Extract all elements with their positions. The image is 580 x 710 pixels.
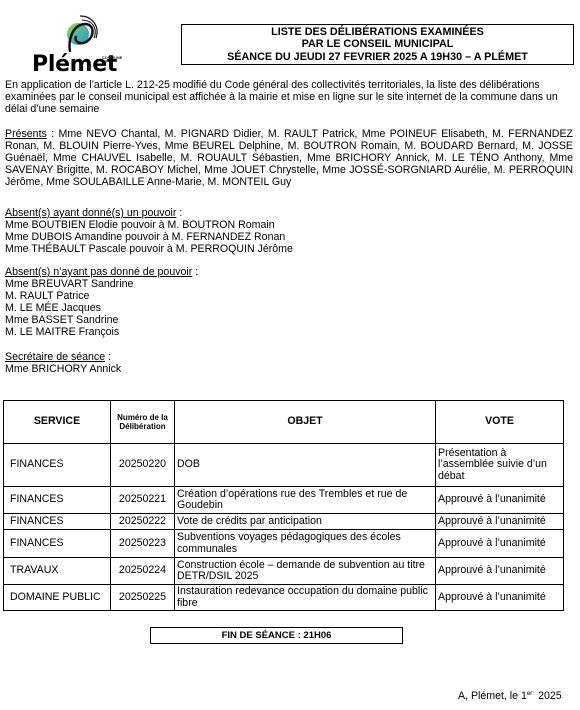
- cell-numero: 20250220: [111, 444, 175, 487]
- list-item: Mme DUBOIS Amandine pouvoir à M. FERNAND…: [5, 231, 573, 243]
- list-item: M. RAULT Patrice: [5, 290, 573, 302]
- cell-numero: 20250224: [111, 558, 175, 585]
- title-line-1: LISTE DES DÉLIBÉRATIONS EXAMINÉES: [182, 26, 573, 38]
- cell-service: FINANCES: [4, 530, 111, 558]
- list-item: M. LE MÉE Jacques: [5, 302, 573, 314]
- table-row: FINANCES20250220DOBPrésentation à l’asse…: [4, 444, 564, 487]
- cell-service: FINANCES: [4, 444, 111, 487]
- header-service: SERVICE: [4, 401, 111, 444]
- cell-numero: 20250223: [111, 530, 175, 558]
- table-row: TRAVAUX20250224Construction école – dema…: [4, 558, 564, 585]
- title-line-3: SÉANCE DU JEUDI 27 FEVRIER 2025 A 19H30 …: [182, 51, 573, 63]
- commune-logo: COMMUNE DE Plémet: [30, 12, 120, 72]
- absents-sans-pouvoir-label: Absent(s) n’ayant pas donné de pouvoir: [5, 266, 192, 278]
- list-item: Mme BREUVART Sandrine: [5, 278, 573, 290]
- table-row: FINANCES20250223Subventions voyages péda…: [4, 530, 564, 558]
- presents-section: Présents : Mme NEVO Chantal, M. PIGNARD …: [5, 128, 573, 188]
- cell-service: TRAVAUX: [4, 558, 111, 585]
- cell-service: FINANCES: [4, 514, 111, 530]
- cell-vote: Approuvé à l’unanimité: [436, 514, 564, 530]
- secretaire-name: Mme BRICHORY Annick: [5, 363, 573, 375]
- secretaire-label: Secrétaire de séance: [5, 351, 105, 363]
- plemet-emblem-icon: [60, 12, 100, 54]
- cell-vote: Approuvé à l’unanimité: [436, 585, 564, 611]
- table-header-row: SERVICE Numéro de la Délibération OBJET …: [4, 401, 564, 444]
- list-item: M. LE MAITRE François: [5, 326, 573, 338]
- absents-pouvoir-label: Absent(s) ayant donné(s) un pouvoir: [5, 207, 176, 219]
- secretaire-section: Secrétaire de séance : Mme BRICHORY Anni…: [5, 351, 573, 375]
- fin-seance: FIN DE SÉANCE : 21H06: [150, 627, 403, 644]
- absents-pouvoir-section: Absent(s) ayant donné(s) un pouvoir : Mm…: [5, 207, 573, 255]
- table-row: FINANCES20250221Création d’opérations ru…: [4, 487, 564, 514]
- list-item: Mme BASSET Sandrine: [5, 314, 573, 326]
- presents-list: : Mme NEVO Chantal, M. PIGNARD Didier, M…: [5, 128, 573, 188]
- table-row: DOMAINE PUBLIC20250225Instauration redev…: [4, 585, 564, 611]
- cell-objet: Vote de crédits par anticipation: [175, 514, 436, 530]
- logo-town-name: Plémet: [32, 54, 117, 76]
- header-numero: Numéro de la Délibération: [111, 401, 175, 444]
- list-item: Mme THÉBAULT Pascale pouvoir à M. PERROQ…: [5, 243, 573, 255]
- presents-label: Présents: [5, 128, 47, 140]
- header-objet: OBJET: [175, 401, 436, 444]
- cell-vote: Approuvé à l’unanimité: [436, 558, 564, 585]
- cell-numero: 20250225: [111, 585, 175, 611]
- absents-sans-pouvoir-section: Absent(s) n’ayant pas donné de pouvoir :…: [5, 266, 573, 338]
- cell-objet: Subventions voyages pédagogiques des éco…: [175, 530, 436, 558]
- cell-objet: Création d’opérations rue des Trembles e…: [175, 487, 436, 514]
- cell-service: DOMAINE PUBLIC: [4, 585, 111, 611]
- list-item: Mme BOUTBIEN Elodie pouvoir à M. BOUTRON…: [5, 219, 573, 231]
- cell-vote: Approuvé à l’unanimité: [436, 487, 564, 514]
- table-row: FINANCES20250222Vote de crédits par anti…: [4, 514, 564, 530]
- cell-objet: Instauration redevance occupation du dom…: [175, 585, 436, 611]
- cell-objet: Construction école – demande de subventi…: [175, 558, 436, 585]
- cell-objet: DOB: [175, 444, 436, 487]
- cell-vote: Présentation à l’assemblée suivie d’un d…: [436, 444, 564, 487]
- signature-line: A, Plémet, le 1er 2025: [458, 690, 562, 702]
- cell-service: FINANCES: [4, 487, 111, 514]
- header-vote: VOTE: [436, 401, 564, 444]
- document-title: LISTE DES DÉLIBÉRATIONS EXAMINÉES PAR LE…: [181, 24, 574, 65]
- intro-paragraph: En application de l’article L. 212-25 mo…: [5, 79, 573, 115]
- cell-vote: Approuvé à l’unanimité: [436, 530, 564, 558]
- cell-numero: 20250222: [111, 514, 175, 530]
- title-line-2: PAR LE CONSEIL MUNICIPAL: [182, 38, 573, 50]
- deliberations-table: SERVICE Numéro de la Délibération OBJET …: [3, 400, 564, 611]
- cell-numero: 20250221: [111, 487, 175, 514]
